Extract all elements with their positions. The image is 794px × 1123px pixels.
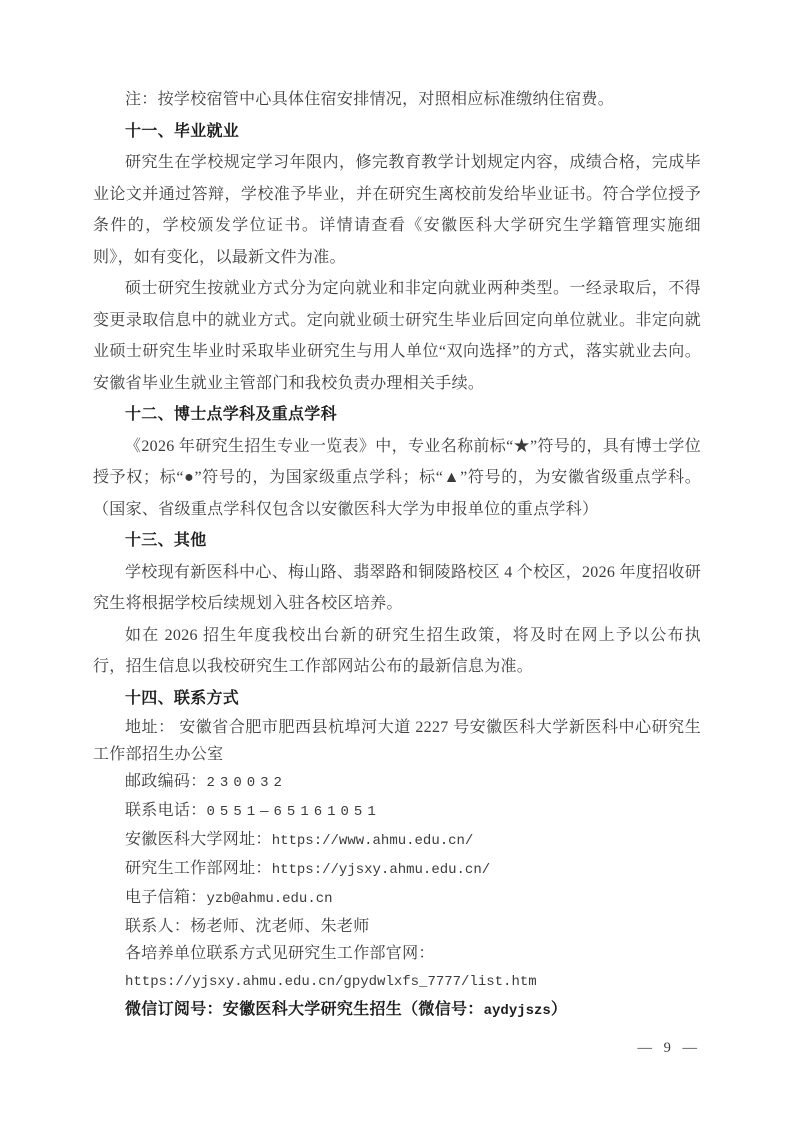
contact-value-url: https://yjsxy.ahmu.edu.cn/gpydwlxfs_7777… xyxy=(125,974,537,990)
contact-info-block: 地址： 安徽省合肥市肥西县杭埠河大道 2227 号安徽医科大学新医科中心研究生工… xyxy=(93,714,701,1025)
document-body: 注：按学校宿管中心具体住宿安排情况，对照相应标准缴纳住宿费。 十一、毕业就业 研… xyxy=(93,84,701,1057)
section-heading-contact: 十四、联系方式 xyxy=(93,683,701,715)
section-heading-other: 十三、其他 xyxy=(93,525,701,557)
contact-label: 安徽医科大学网址： xyxy=(125,831,272,848)
contact-line-list-url: https://yjsxy.ahmu.edu.cn/gpydwlxfs_7777… xyxy=(93,967,701,996)
contact-label: 各培养单位联系方式见研究生工作部官网： xyxy=(125,945,435,962)
contact-line-wechat: 微信订阅号：安徽医科大学研究生招生（微信号：aydyjszs） xyxy=(93,996,701,1025)
document-page: 注：按学校宿管中心具体住宿安排情况，对照相应标准缴纳住宿费。 十一、毕业就业 研… xyxy=(0,0,794,1123)
contact-line-phone: 联系电话：0551—65161051 xyxy=(93,797,701,826)
section-heading-graduation-employment: 十一、毕业就业 xyxy=(93,116,701,148)
contact-label: 邮政编码： xyxy=(125,773,207,790)
contact-label: 微信订阅号：安徽医科大学研究生招生（微信号： xyxy=(125,1001,484,1018)
contact-label: 联系电话： xyxy=(125,802,207,819)
contact-value: 230032 xyxy=(207,775,287,791)
contact-line-graduate-dept-website: 研究生工作部网址：https://yjsxy.ahmu.edu.cn/ xyxy=(93,855,701,884)
contact-value: 安徽省合肥市肥西县杭埠河大道 2227 号安徽医科大学新医科中心研究生工作部招生… xyxy=(93,719,701,763)
contact-label: 地址： xyxy=(125,719,179,736)
contact-value: 杨老师、沈老师、朱老师 xyxy=(190,918,369,935)
contact-value-email: yzb@ahmu.edu.cn xyxy=(207,891,333,907)
body-paragraph: 研究生在学校规定学习年限内，修完教育教学计划规定内容，成绩合格，完成毕业论文并通… xyxy=(93,147,701,273)
contact-line-email: 电子信箱：yzb@ahmu.edu.cn xyxy=(93,884,701,913)
note-paragraph: 注：按学校宿管中心具体住宿安排情况，对照相应标准缴纳住宿费。 xyxy=(93,84,701,116)
page-number: — 9 — xyxy=(93,1040,701,1057)
contact-label: 电子信箱： xyxy=(125,889,207,906)
contact-line-units-note: 各培养单位联系方式见研究生工作部官网： xyxy=(93,940,701,967)
contact-value: 0551—65161051 xyxy=(207,804,381,820)
section-heading-doctoral-key-disciplines: 十二、博士点学科及重点学科 xyxy=(93,399,701,431)
contact-label-suffix: ） xyxy=(551,1001,567,1018)
body-paragraph: 如在 2026 招生年度我校出台新的研究生招生政策，将及时在网上予以公布执行，招… xyxy=(93,620,701,683)
contact-line-address: 地址： 安徽省合肥市肥西县杭埠河大道 2227 号安徽医科大学新医科中心研究生工… xyxy=(93,714,701,768)
body-paragraph: 学校现有新医科中心、梅山路、翡翠路和铜陵路校区 4 个校区，2026 年度招收研… xyxy=(93,557,701,620)
contact-line-postal-code: 邮政编码：230032 xyxy=(93,768,701,797)
contact-value-wechat-id: aydyjszs xyxy=(484,1003,551,1019)
contact-value-url: https://yjsxy.ahmu.edu.cn/ xyxy=(272,862,490,878)
contact-label: 联系人： xyxy=(125,918,190,935)
contact-value-url: https://www.ahmu.edu.cn/ xyxy=(272,833,474,849)
contact-line-contact-persons: 联系人：杨老师、沈老师、朱老师 xyxy=(93,913,701,940)
body-paragraph: 《2026 年研究生招生专业一览表》中，专业名称前标“★”符号的，具有博士学位授… xyxy=(93,431,701,526)
body-paragraph: 硕士研究生按就业方式分为定向就业和非定向就业两种类型。一经录取后，不得变更录取信… xyxy=(93,273,701,399)
contact-line-university-website: 安徽医科大学网址：https://www.ahmu.edu.cn/ xyxy=(93,826,701,855)
contact-label: 研究生工作部网址： xyxy=(125,860,272,877)
